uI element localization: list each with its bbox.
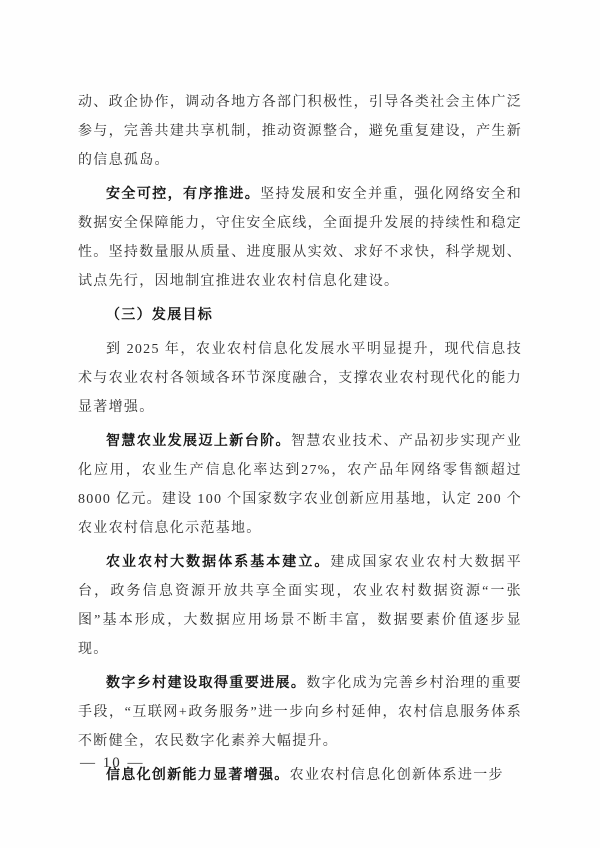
paragraph-security-principle: 安全可控，有序推进。坚持发展和安全并重，强化网络安全和数据安全保障能力，守住安全…: [78, 180, 522, 296]
page-number-text: — 10 —: [80, 755, 145, 771]
paragraph-big-data-system: 农业农村大数据体系基本建立。建成国家农业农村大数据平台，政务信息资源开放共享全面…: [78, 548, 522, 664]
paragraph-text: 动、政企协作，调动各地方各部门积极性，引导各类社会主体广泛参与，完善共建共享机制…: [78, 95, 522, 168]
paragraph-digital-village: 数字乡村建设取得重要进展。数字化成为完善乡村治理的重要手段，“互联网+政务服务”…: [78, 669, 522, 756]
paragraph-text: 建成国家农业农村大数据平台，政务信息资源开放共享全面实现，农业农村数据资源“一张…: [78, 555, 522, 657]
paragraph-text: 到 2025 年，农业农村信息化发展水平明显提升，现代信息技术与农业农村各领域各…: [78, 342, 522, 415]
section-heading-development-goals: （三）发展目标: [78, 301, 522, 330]
paragraph-smart-agriculture: 智慧农业发展迈上新台阶。智慧农业技术、产品初步实现产业化应用，农业生产信息化率达…: [78, 427, 522, 543]
page-body-text: 动、政企协作，调动各地方各部门积极性，引导各类社会主体广泛参与，完善共建共享机制…: [78, 88, 522, 790]
paragraph-2025-goal: 到 2025 年，农业农村信息化发展水平明显提升，现代信息技术与农业农村各领域各…: [78, 335, 522, 422]
paragraph-text: 农业农村信息化创新体系进一步: [290, 768, 504, 783]
paragraph-lead-bold: 数字乡村建设取得重要进展。: [106, 676, 306, 691]
paragraph-lead-bold: 安全可控，有序推进。: [106, 187, 260, 202]
page-number: — 10 —: [80, 755, 145, 772]
paragraph-lead-bold: 农业农村大数据体系基本建立。: [106, 555, 330, 570]
paragraph-text: 坚持发展和安全并重，强化网络安全和数据安全保障能力，守住安全底线，全面提升发展的…: [78, 187, 522, 289]
document-page: 动、政企协作，调动各地方各部门积极性，引导各类社会主体广泛参与，完善共建共享机制…: [0, 0, 600, 848]
paragraph-lead-bold: 智慧农业发展迈上新台阶。: [106, 434, 291, 449]
paragraph-continuation: 动、政企协作，调动各地方各部门积极性，引导各类社会主体广泛参与，完善共建共享机制…: [78, 88, 522, 175]
paragraph-text: 智慧农业技术、产品初步实现产业化应用，农业生产信息化率达到27%，农产品年网络零…: [78, 434, 522, 536]
